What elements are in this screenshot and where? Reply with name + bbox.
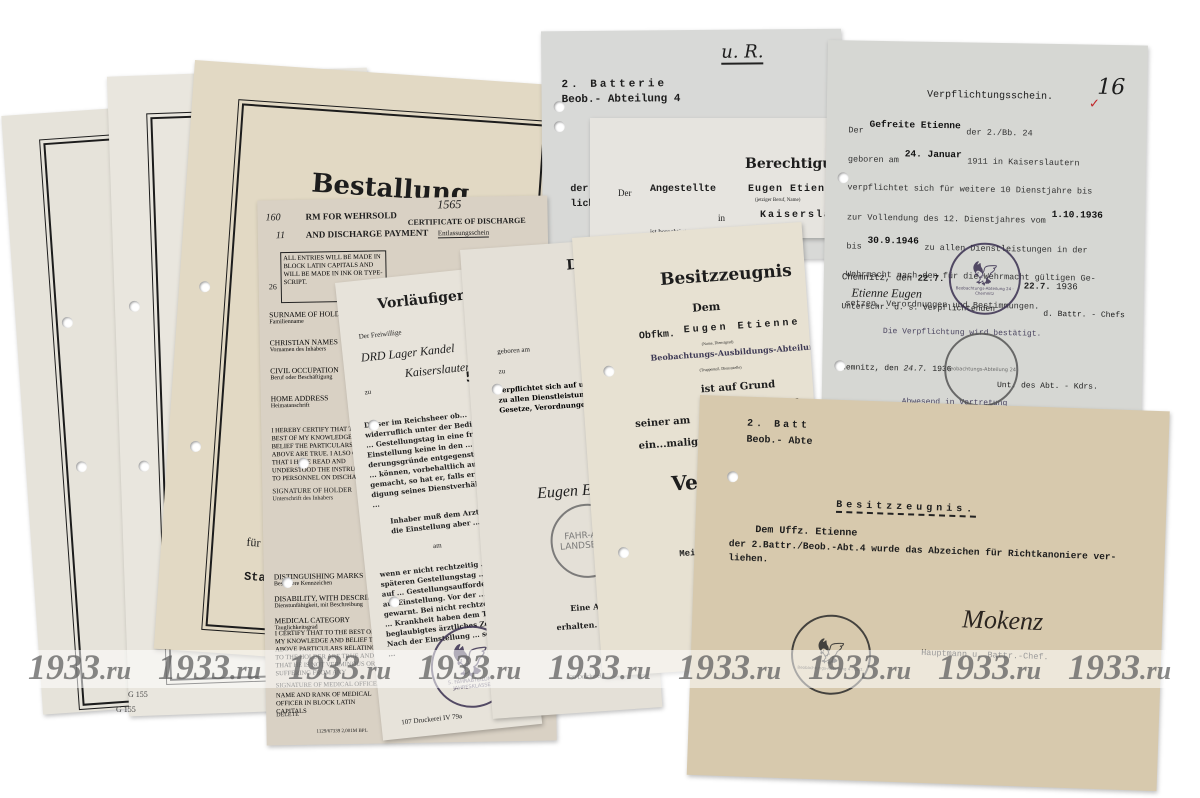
delete-note: DELETE (276, 712, 299, 718)
watermark-text: 1933.ru (28, 646, 131, 688)
text-line: ist auf Grund (701, 379, 776, 395)
vorlaeufiger-title: Vorläufiger (377, 288, 465, 313)
place-date-1: Chemnitz, den 22.7. (842, 272, 945, 284)
copy-text-2: erhalten. (556, 619, 597, 632)
label-zu: zu (498, 367, 505, 375)
label-geboren: geboren am (497, 345, 530, 355)
certificate-title: CERTIFICATE OF DISCHARGE (408, 216, 526, 227)
print-code: 1129/67339 2,001M BPL (317, 729, 368, 735)
label-am: am (433, 541, 442, 550)
small-caption: (Truppenteil, Dienststelle) (699, 364, 741, 372)
stamped-unit: Beobachtungs-Ausbildungs-Abteilung 4 (650, 340, 829, 362)
wehrsold-amount: 160 (265, 212, 280, 223)
text-line: seiner am (635, 415, 691, 430)
batterie-line-2: Beob.- Abte (746, 435, 812, 448)
berechtigung-document: Berechtigung Der Angestellte Eugen Etien… (590, 118, 830, 238)
besitzzeugnis-typed-title: Besitzzeugnis. (836, 500, 976, 518)
besitzzeugnis-title: Besitzzeugnis (659, 261, 792, 290)
watermark-text: 1933.ru (808, 646, 911, 688)
handwritten-signature: Mokenz (962, 604, 1044, 637)
red-check-icon: ✓ (1089, 97, 1100, 112)
footer-number: G 155 (116, 705, 136, 714)
body-line: Dem Uffz. Etienne (755, 525, 857, 540)
discharge-payment-label: AND DISCHARGE PAYMENT (306, 228, 429, 240)
typed-name: Eugen Etienne (683, 317, 800, 336)
typed-rank: Angestellte (650, 184, 716, 195)
label-der: Der (618, 188, 632, 198)
watermark-text: 1933.ru (938, 646, 1041, 688)
watermark-text: 1933.ru (1068, 646, 1171, 688)
typed-place: Kaiserslautern (760, 210, 830, 221)
signature-label: d. Battr. - Chefs (1043, 310, 1125, 320)
watermark-text: 1933.ru (548, 646, 651, 688)
berechtigung-title: Berechtigung (745, 156, 830, 172)
place-date-2: 22.7. 1936 (1024, 281, 1078, 292)
watermark-text: 1933.ru (288, 646, 391, 688)
print-footer: 107 Druckerei IV 79a (401, 712, 463, 726)
certificate-subtitle: Entlassungsschein (438, 229, 489, 239)
handwritten-signature: Etienne Eugen (851, 285, 922, 301)
handwritten-number: 1565 (437, 197, 461, 212)
watermark-text: 1933.ru (678, 646, 781, 688)
small-caption: (jetziger Beruf, Name) (755, 198, 800, 203)
body-line: liehen. (728, 552, 768, 564)
batterie-line-1: 2. Batt (747, 419, 810, 432)
field-number: 26 (269, 282, 277, 291)
label-in: in (718, 213, 725, 223)
discharge-payment-amount: 11 (276, 230, 285, 241)
besitzzeugnis-typed: 2. Batt Beob.- Abte Besitzzeugnis. Dem U… (687, 395, 1170, 791)
signature-label: SIGNATURE OF HOLDER (272, 486, 352, 495)
watermark-text: 1933.ru (418, 646, 521, 688)
body-line: der 2.Battr./Beob.-Abt.4 wurde das Abzei… (729, 538, 1117, 563)
eagle-icon: 🦅︎ (951, 261, 1019, 286)
verpflichtungsschein-title: Verpflichtungsschein. (927, 90, 1053, 103)
small-caption: (Name, Dienstgrad) (702, 339, 734, 346)
typed-name: Eugen Etienne (748, 184, 830, 195)
wehrsold-label: RM FOR WEHRSOLD (305, 210, 397, 222)
place-date-3: Chemnitz, den 24.7. 1936 (836, 363, 951, 374)
page-number: 16 (1097, 75, 1125, 100)
rubber-stamp: Beobachtungs-Abteilung 24 (944, 332, 1019, 407)
label-freiwillige: Der Freiwillige (358, 328, 402, 340)
label-zu: zu (364, 388, 371, 397)
label-dem: Dem (692, 300, 721, 315)
text-fragment: der (570, 184, 588, 195)
batterie-line-1: 2. Batterie (561, 78, 667, 91)
signature-label-de: Unterschrift des Inhabers (272, 495, 333, 502)
batterie-line-2: Beob.- Abteilung 4 (562, 93, 681, 106)
watermark-text: 1933.ru (158, 646, 261, 688)
footer-number: G 155 (128, 690, 148, 699)
typed-rank: Obfkm. (639, 329, 676, 342)
handwritten-initials: u. R. (721, 41, 764, 64)
